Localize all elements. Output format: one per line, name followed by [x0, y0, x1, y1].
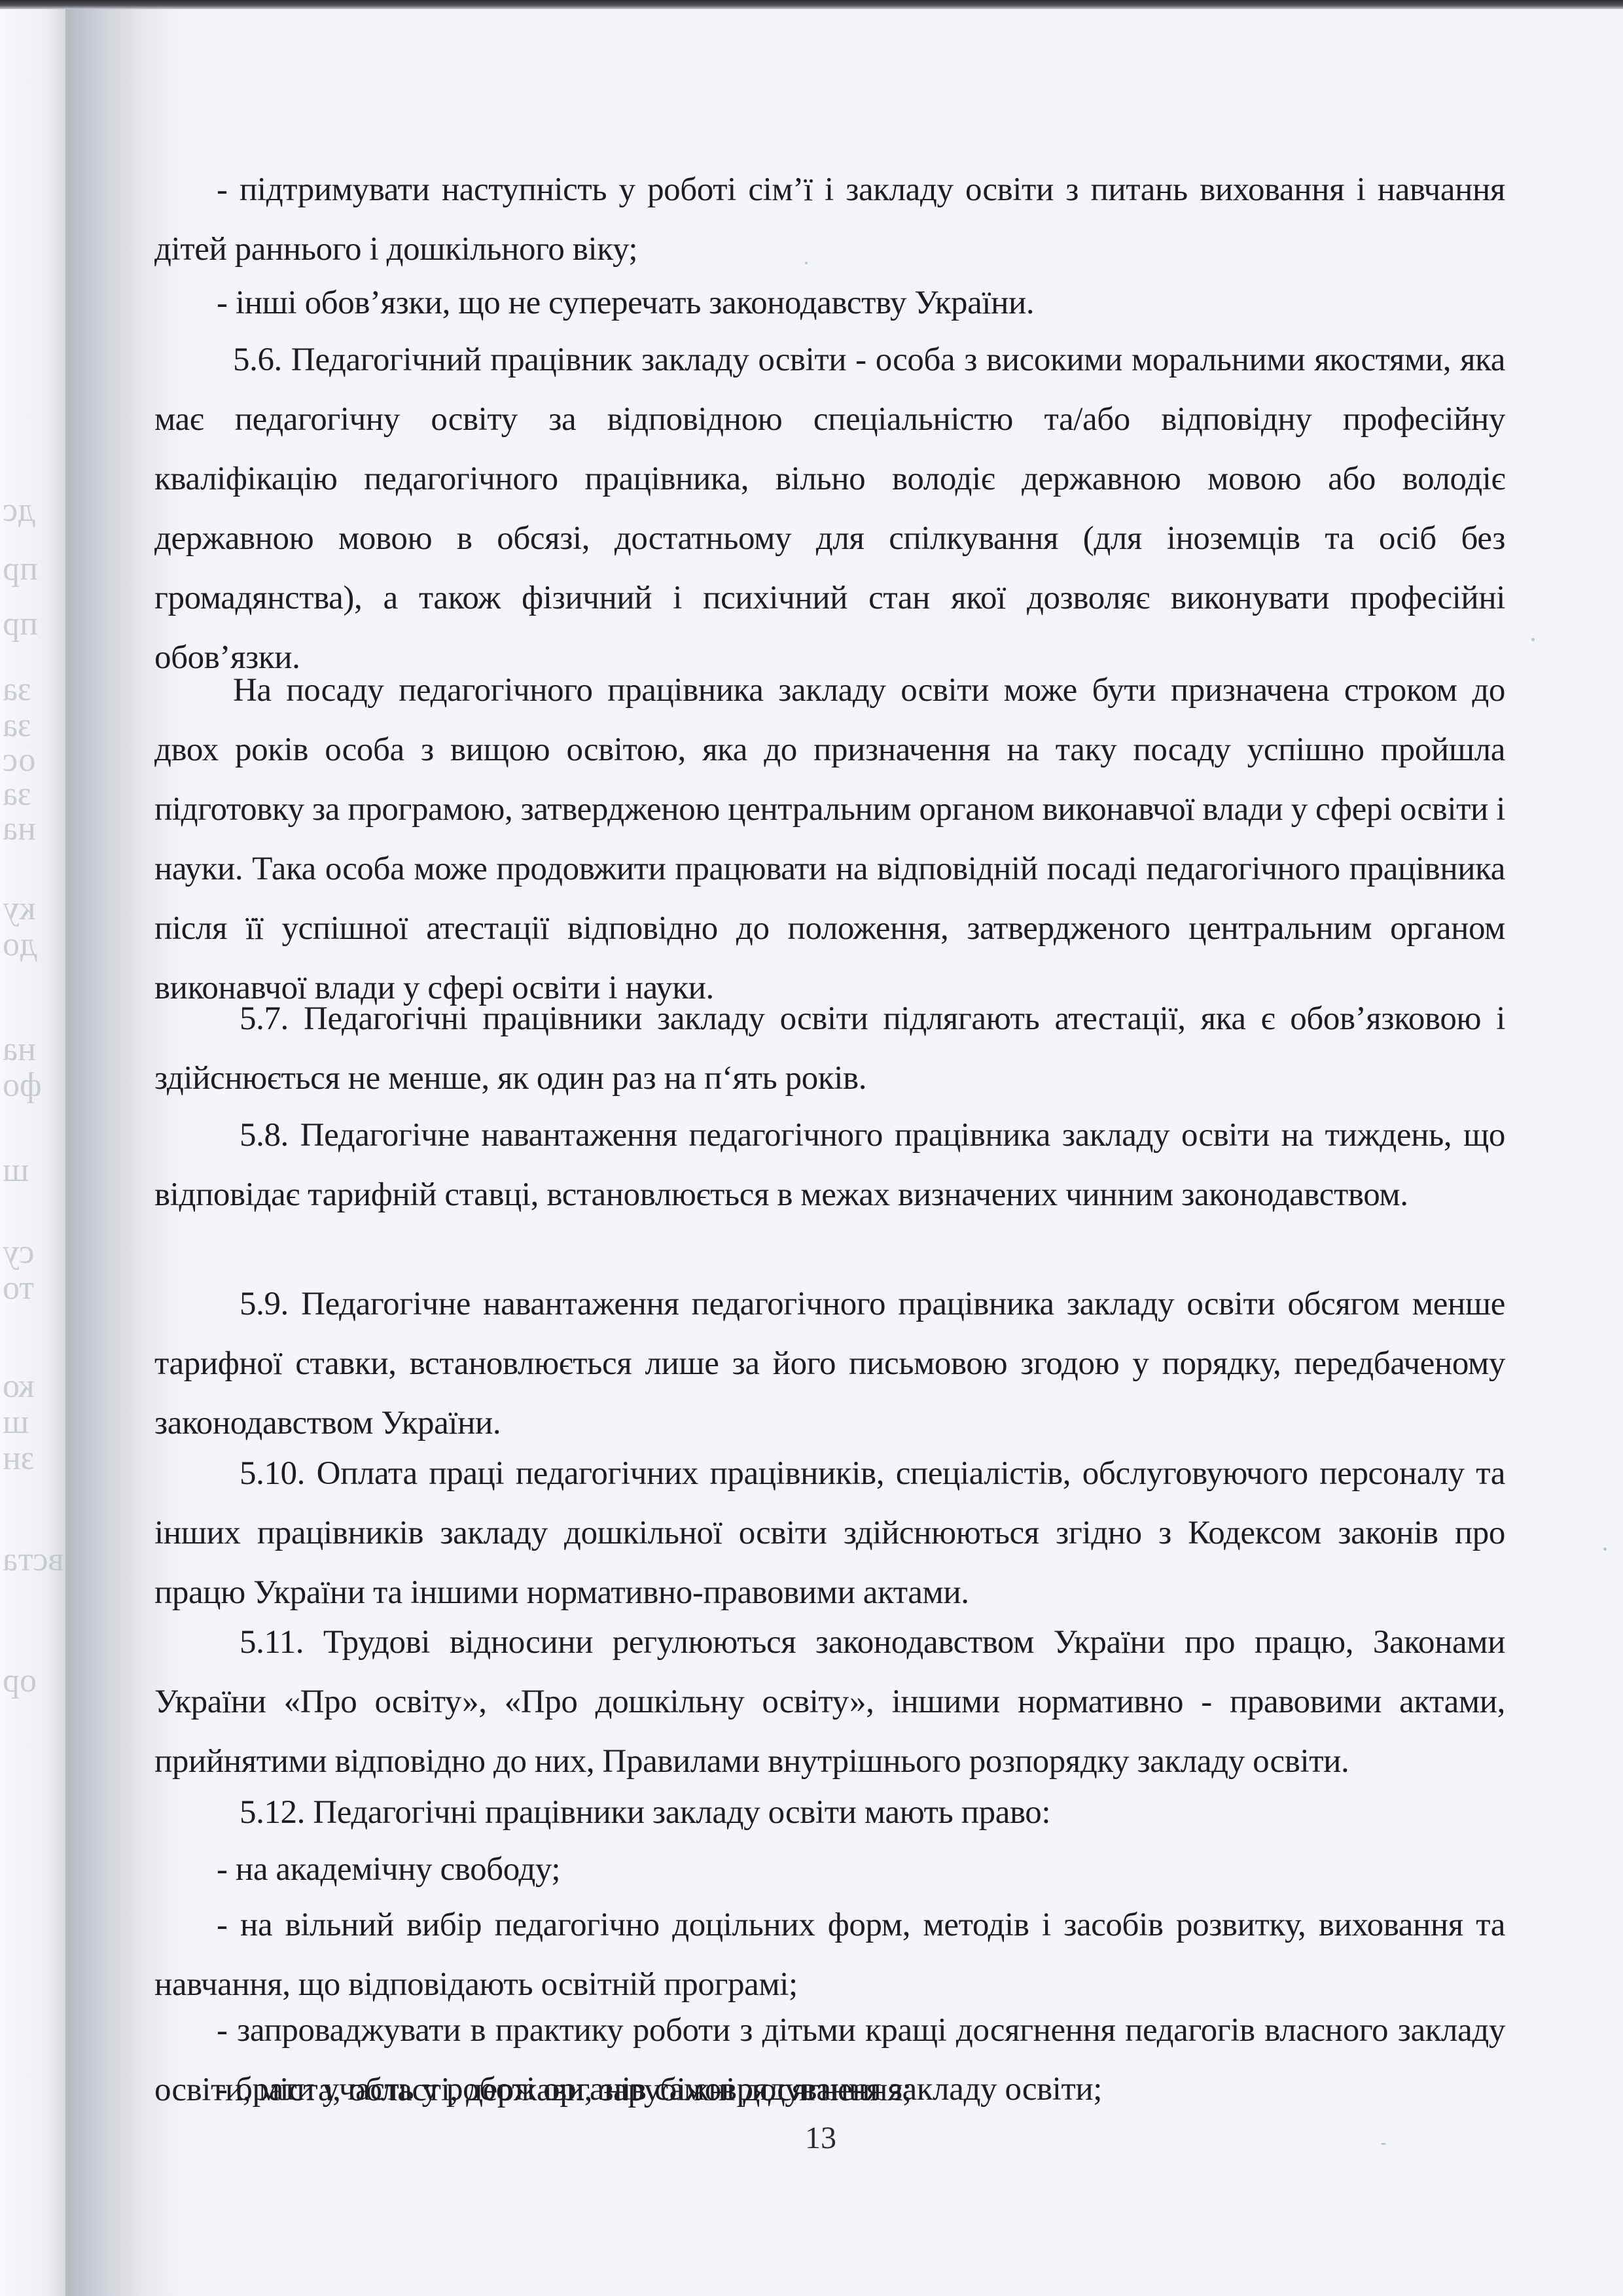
document-page: - підтримувати наступність у роботі сім’…	[0, 0, 1623, 2296]
clause-5-9: 5.9. Педагогічне навантаження педагогічн…	[154, 1275, 1505, 1453]
scan-speck	[1531, 638, 1535, 641]
clause-5-7: 5.7. Педагогічні працівники закладу осві…	[154, 989, 1505, 1108]
clause-5-11: 5.11. Трудові відносини регулюються зако…	[154, 1613, 1505, 1792]
right-participate-self-government: - брати участь у роботі органів самовряд…	[154, 2060, 1505, 2119]
scan-speck	[805, 262, 808, 264]
page-number: 13	[805, 2120, 836, 2156]
paragraph-other-duties-bullet: - інші обов’язки, що не суперечать закон…	[154, 274, 1505, 333]
clause-5-12-heading: 5.12. Педагогічні працівники закладу осв…	[154, 1783, 1505, 1843]
right-academic-freedom: - на академічну свободу;	[154, 1840, 1505, 1899]
clause-5-6: 5.6. Педагогічний працівник закладу осві…	[154, 330, 1505, 688]
clause-5-10: 5.10. Оплата праці педагогічних працівни…	[154, 1444, 1505, 1623]
scan-speck	[1603, 1547, 1607, 1551]
paragraph-continuity-bullet: - підтримувати наступність у роботі сім’…	[154, 160, 1505, 279]
clause-appointment: На посаду педагогічного працівника закла…	[154, 661, 1505, 1018]
right-free-choice-methods: - на вільний вибір педагогічно доцільних…	[154, 1896, 1505, 2015]
clause-5-8: 5.8. Педагогічне навантаження педагогічн…	[154, 1106, 1505, 1225]
scan-speck	[1381, 2143, 1386, 2145]
